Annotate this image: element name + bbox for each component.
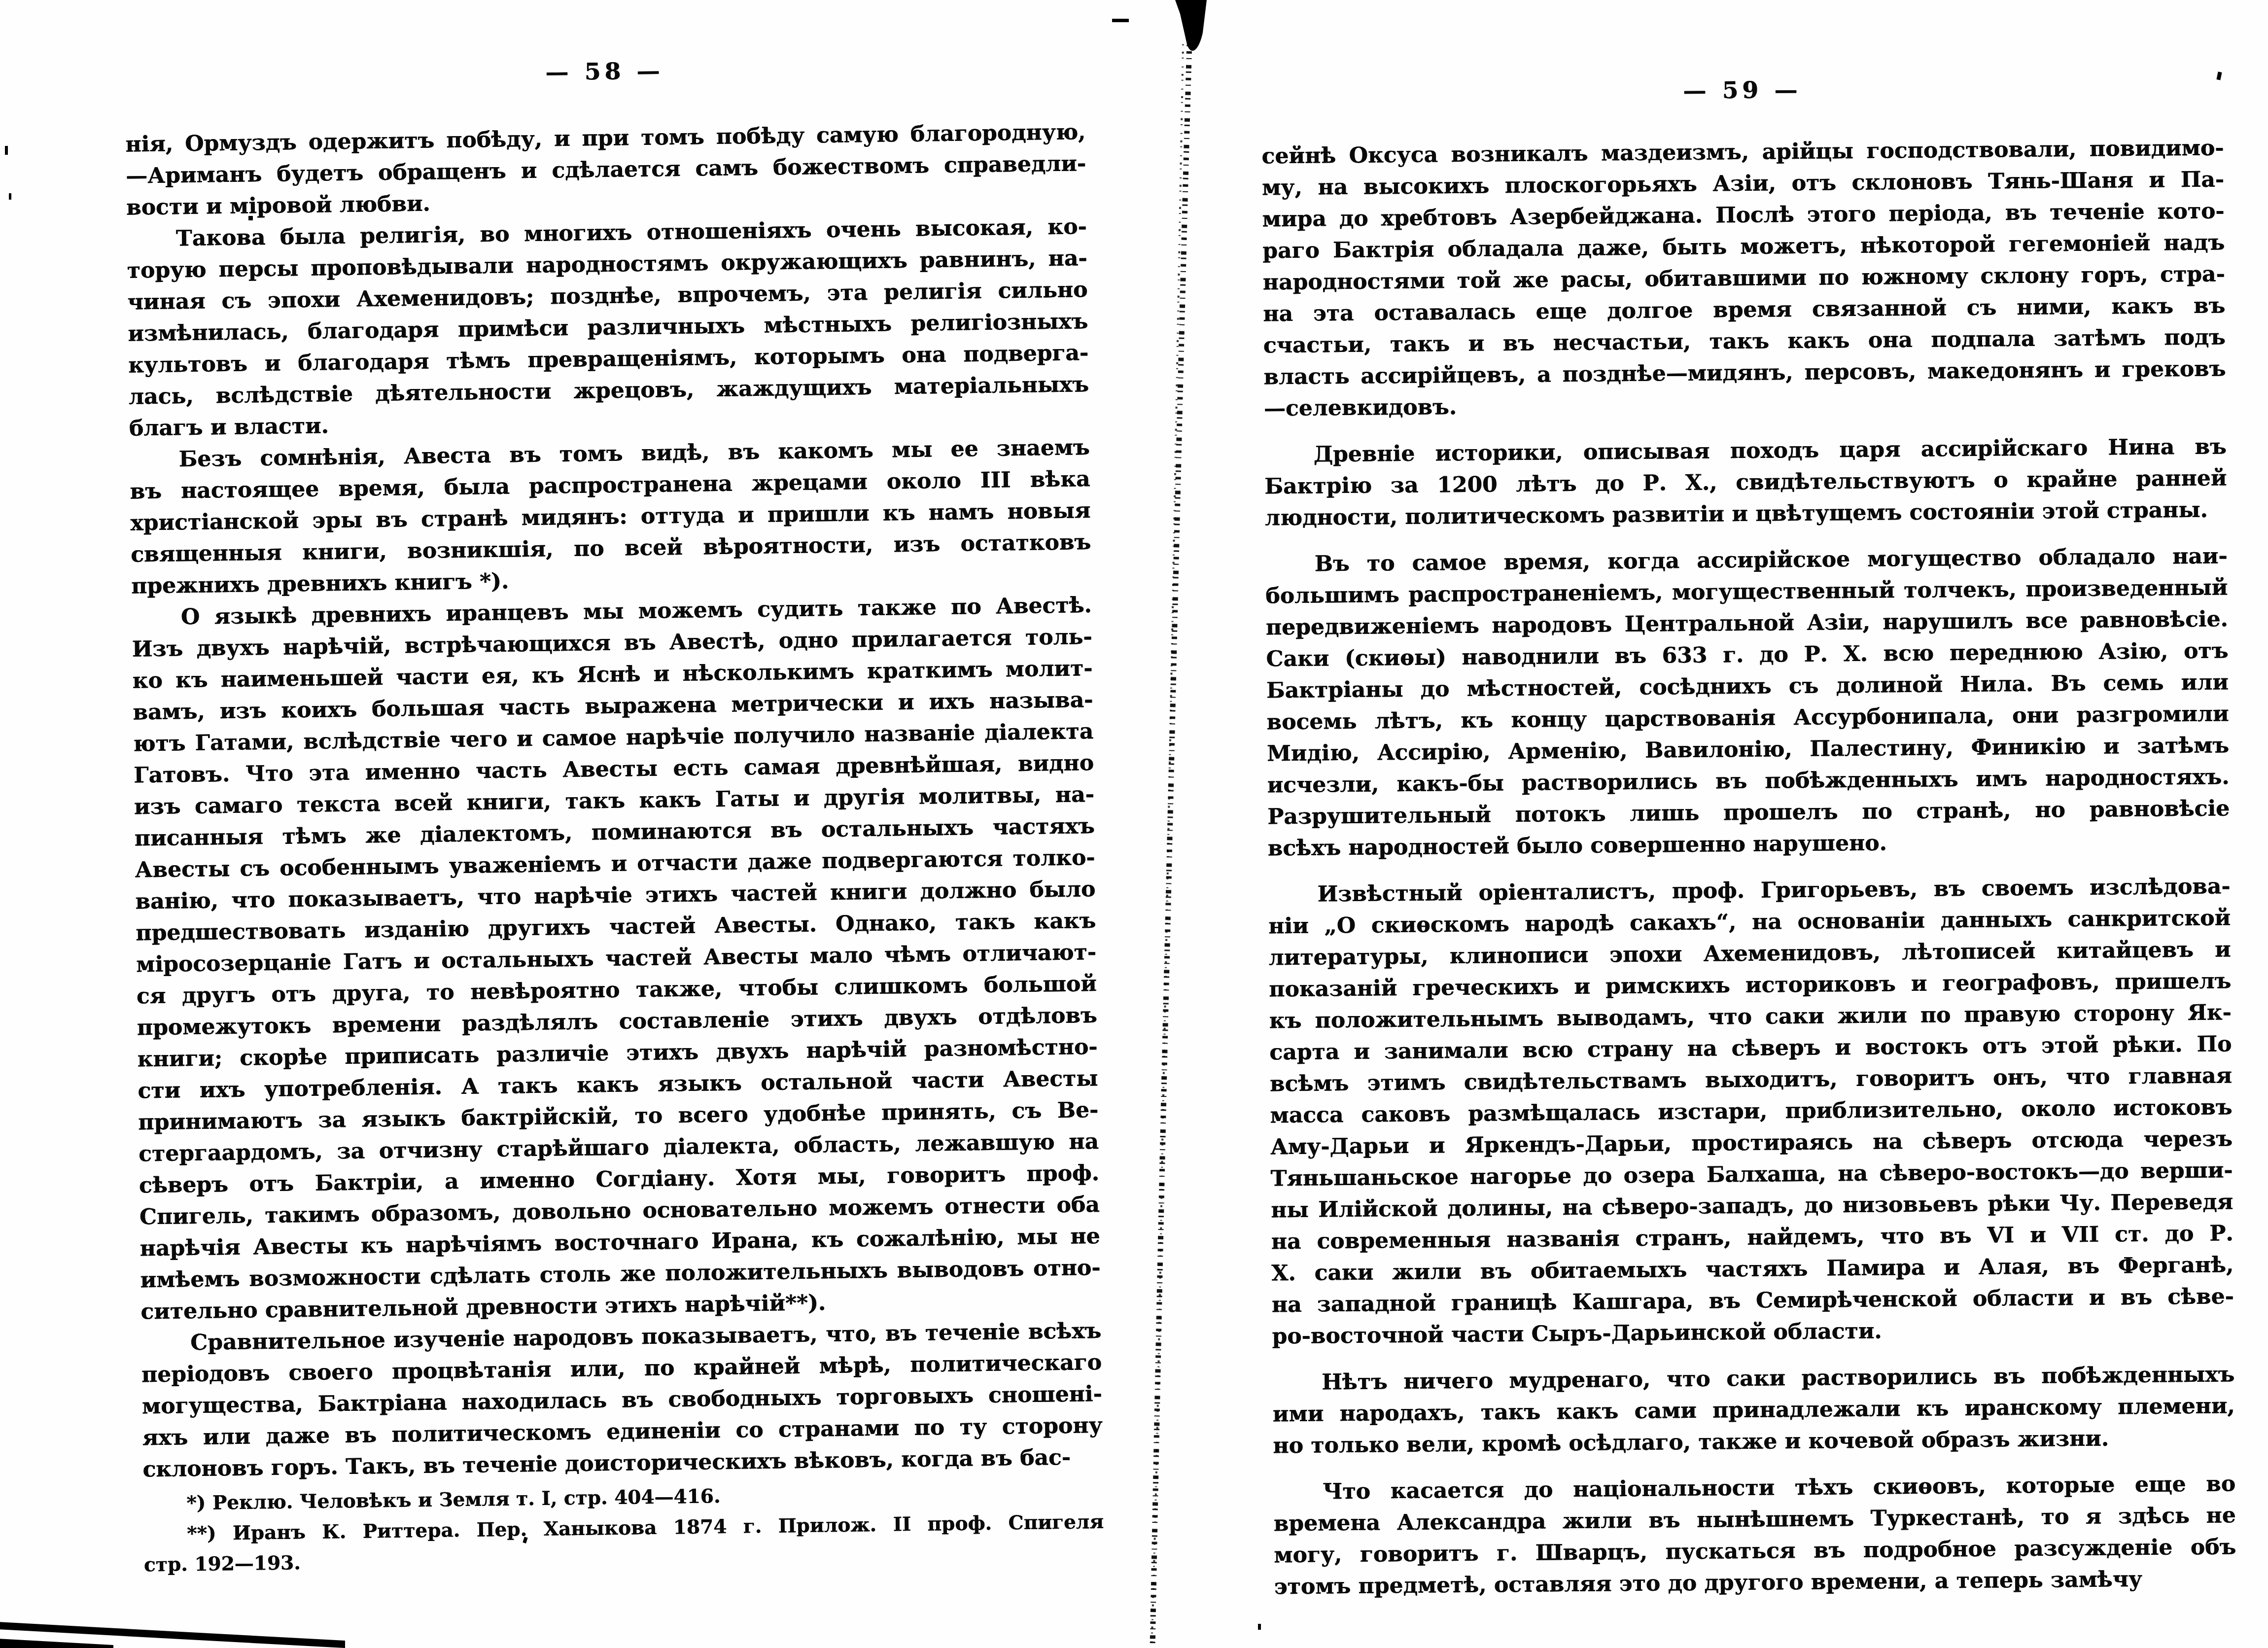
ink-speck — [5, 146, 8, 155]
book-scan: { "document": { "pages": [ { "page_numbe… — [0, 0, 2268, 1648]
page-body: нія, Ормуздъ одержитъ побѣду, и при томъ… — [125, 116, 1103, 1485]
page-59: — 59 — сейнѣ Оксуса возникалъ маздеизмъ,… — [1261, 72, 2236, 1606]
gutter-top-blob — [1175, 0, 1207, 51]
bottom-left-streak-1 — [0, 1622, 345, 1648]
footnotes: *) Реклю. Человѣкъ и Земля т. I, стр. 40… — [143, 1476, 1104, 1580]
gutter-noise-line-2 — [1151, 44, 1183, 1648]
page-58: — 58 — нія, Ормуздъ одержитъ побѣду, и п… — [124, 52, 1104, 1580]
gutter-dash-mark — [1112, 19, 1129, 22]
ink-speck — [9, 193, 11, 200]
page-body: сейнѣ Оксуса возникалъ маздеизмъ, арійцы… — [1261, 132, 2236, 1603]
ink-speck — [1258, 1624, 1261, 1630]
gutter-noise-line — [1152, 25, 1190, 1648]
bottom-left-streak-2 — [0, 1639, 113, 1648]
page-number: — 59 — — [1261, 72, 2223, 108]
page-number: — 58 — — [124, 52, 1085, 91]
